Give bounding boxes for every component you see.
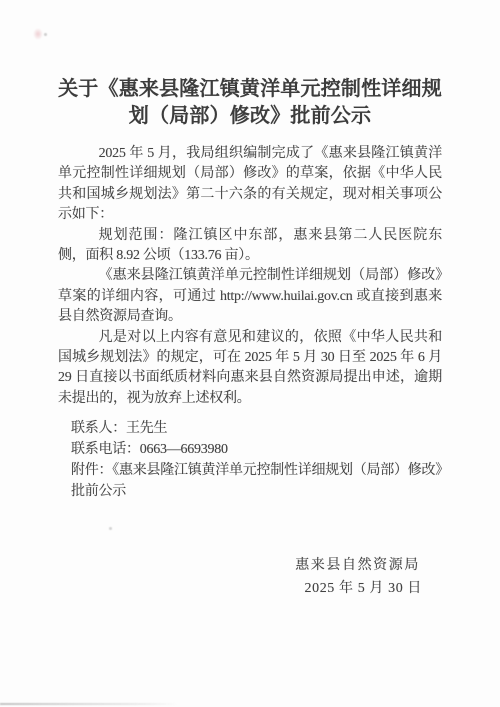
signature-block: 惠来县自然资源局 2025 年 5 月 30 日 — [58, 554, 442, 600]
paragraph-planning-scope: 规划范围：隆江镇区中东部，惠来县第二人民医院东侧，面积 8.92 公顷（133.… — [58, 226, 442, 267]
notice-document: 关于《惠来县隆江镇黄洋单元控制性详细规划（局部）修改》批前公示 2025 年 5… — [0, 0, 500, 707]
page-title: 关于《惠来县隆江镇黄洋单元控制性详细规划（局部）修改》批前公示 — [52, 76, 448, 130]
notice-body: 2025 年 5 月，我局组织编制完成了《惠来县隆江镇黄洋单元控制性详细规划（局… — [58, 144, 442, 409]
issuing-agency: 惠来县自然资源局 — [58, 554, 442, 577]
scan-artifact-bottom-edge — [0, 703, 178, 705]
contact-person: 联系人：王先生 — [71, 418, 442, 439]
scan-artifact-pink-smudge — [33, 28, 43, 40]
contact-phone: 联系电话：0663—6693980 — [71, 439, 442, 460]
contact-block: 联系人：王先生 联系电话：0663—6693980 附件：《惠来县隆江镇黄洋单元… — [58, 418, 442, 502]
paragraph-feedback-period: 凡是对以上内容有意见和建议的，依照《中华人民共和国城乡规划法》的规定，可在 20… — [58, 328, 442, 410]
paragraph-draft-access: 《惠来县隆江镇黄洋单元控制性详细规划（局部）修改》草案的详细内容，可通过 htt… — [58, 266, 442, 327]
issue-date: 2025 年 5 月 30 日 — [58, 577, 442, 600]
attachment-note: 附件：《惠来县隆江镇黄洋单元控制性详细规划（局部）修改》批前公示 — [71, 460, 442, 502]
scan-artifact-speck-2 — [109, 527, 112, 530]
paragraph-intro: 2025 年 5 月，我局组织编制完成了《惠来县隆江镇黄洋单元控制性详细规划（局… — [58, 144, 442, 226]
scan-artifact-speck — [44, 33, 47, 36]
